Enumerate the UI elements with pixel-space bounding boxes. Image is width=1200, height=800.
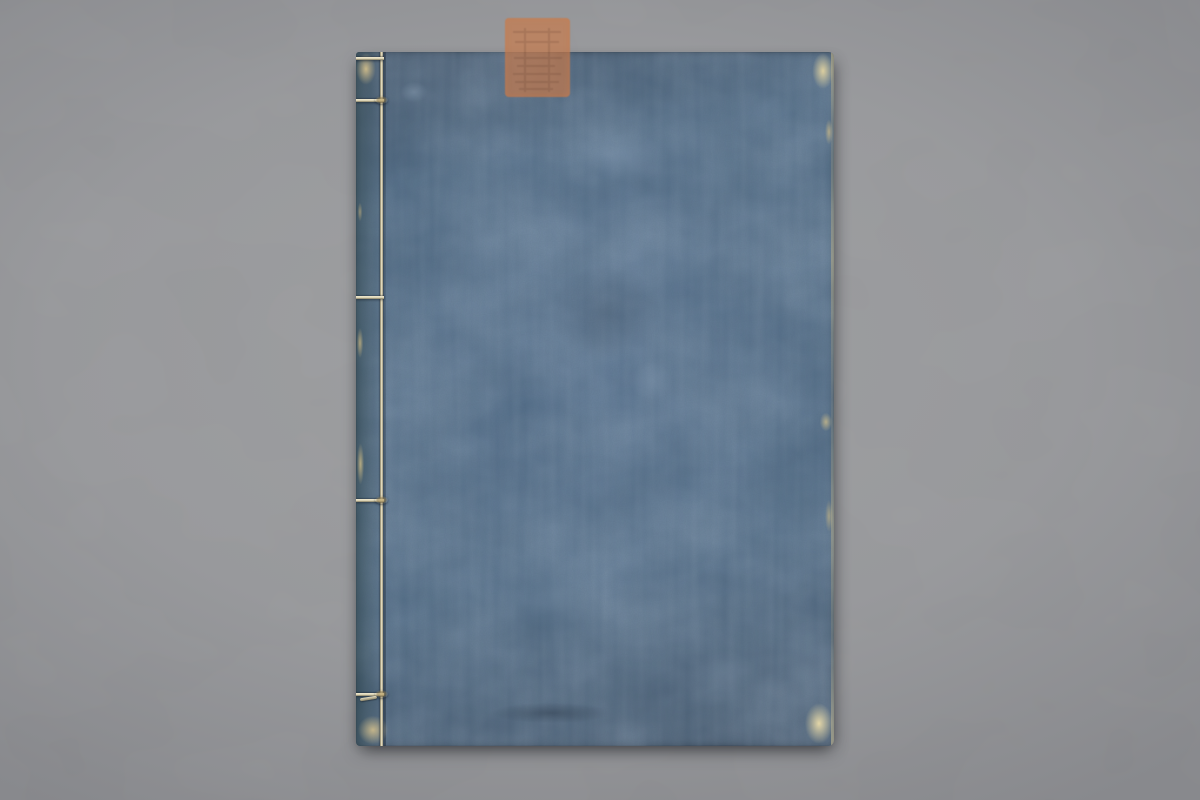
corner-wrap-thread [356, 57, 384, 60]
photograph [0, 0, 1200, 800]
seal-characters [505, 18, 570, 97]
spine-margin [356, 52, 383, 746]
stain-dark-smudge [536, 252, 676, 372]
stain-blotch [622, 356, 680, 406]
book-front-cover [356, 52, 834, 746]
fore-edge-abrasion [831, 52, 834, 746]
stain-blotch [578, 126, 678, 190]
collection-seal-stamp [505, 18, 570, 97]
binding-stitch-2 [356, 296, 384, 299]
binding-thread-vertical [380, 52, 383, 746]
wear-patch-bottom-right-corner [800, 696, 834, 746]
cover-texture [356, 52, 834, 746]
hinge-crease [384, 52, 386, 746]
stain-blotch [396, 78, 432, 106]
thread-knot [375, 496, 388, 504]
thread-knot [375, 96, 388, 104]
stain-blotch [502, 564, 600, 638]
stain-blotch [684, 644, 764, 700]
stain-dark-smudge [476, 700, 626, 726]
